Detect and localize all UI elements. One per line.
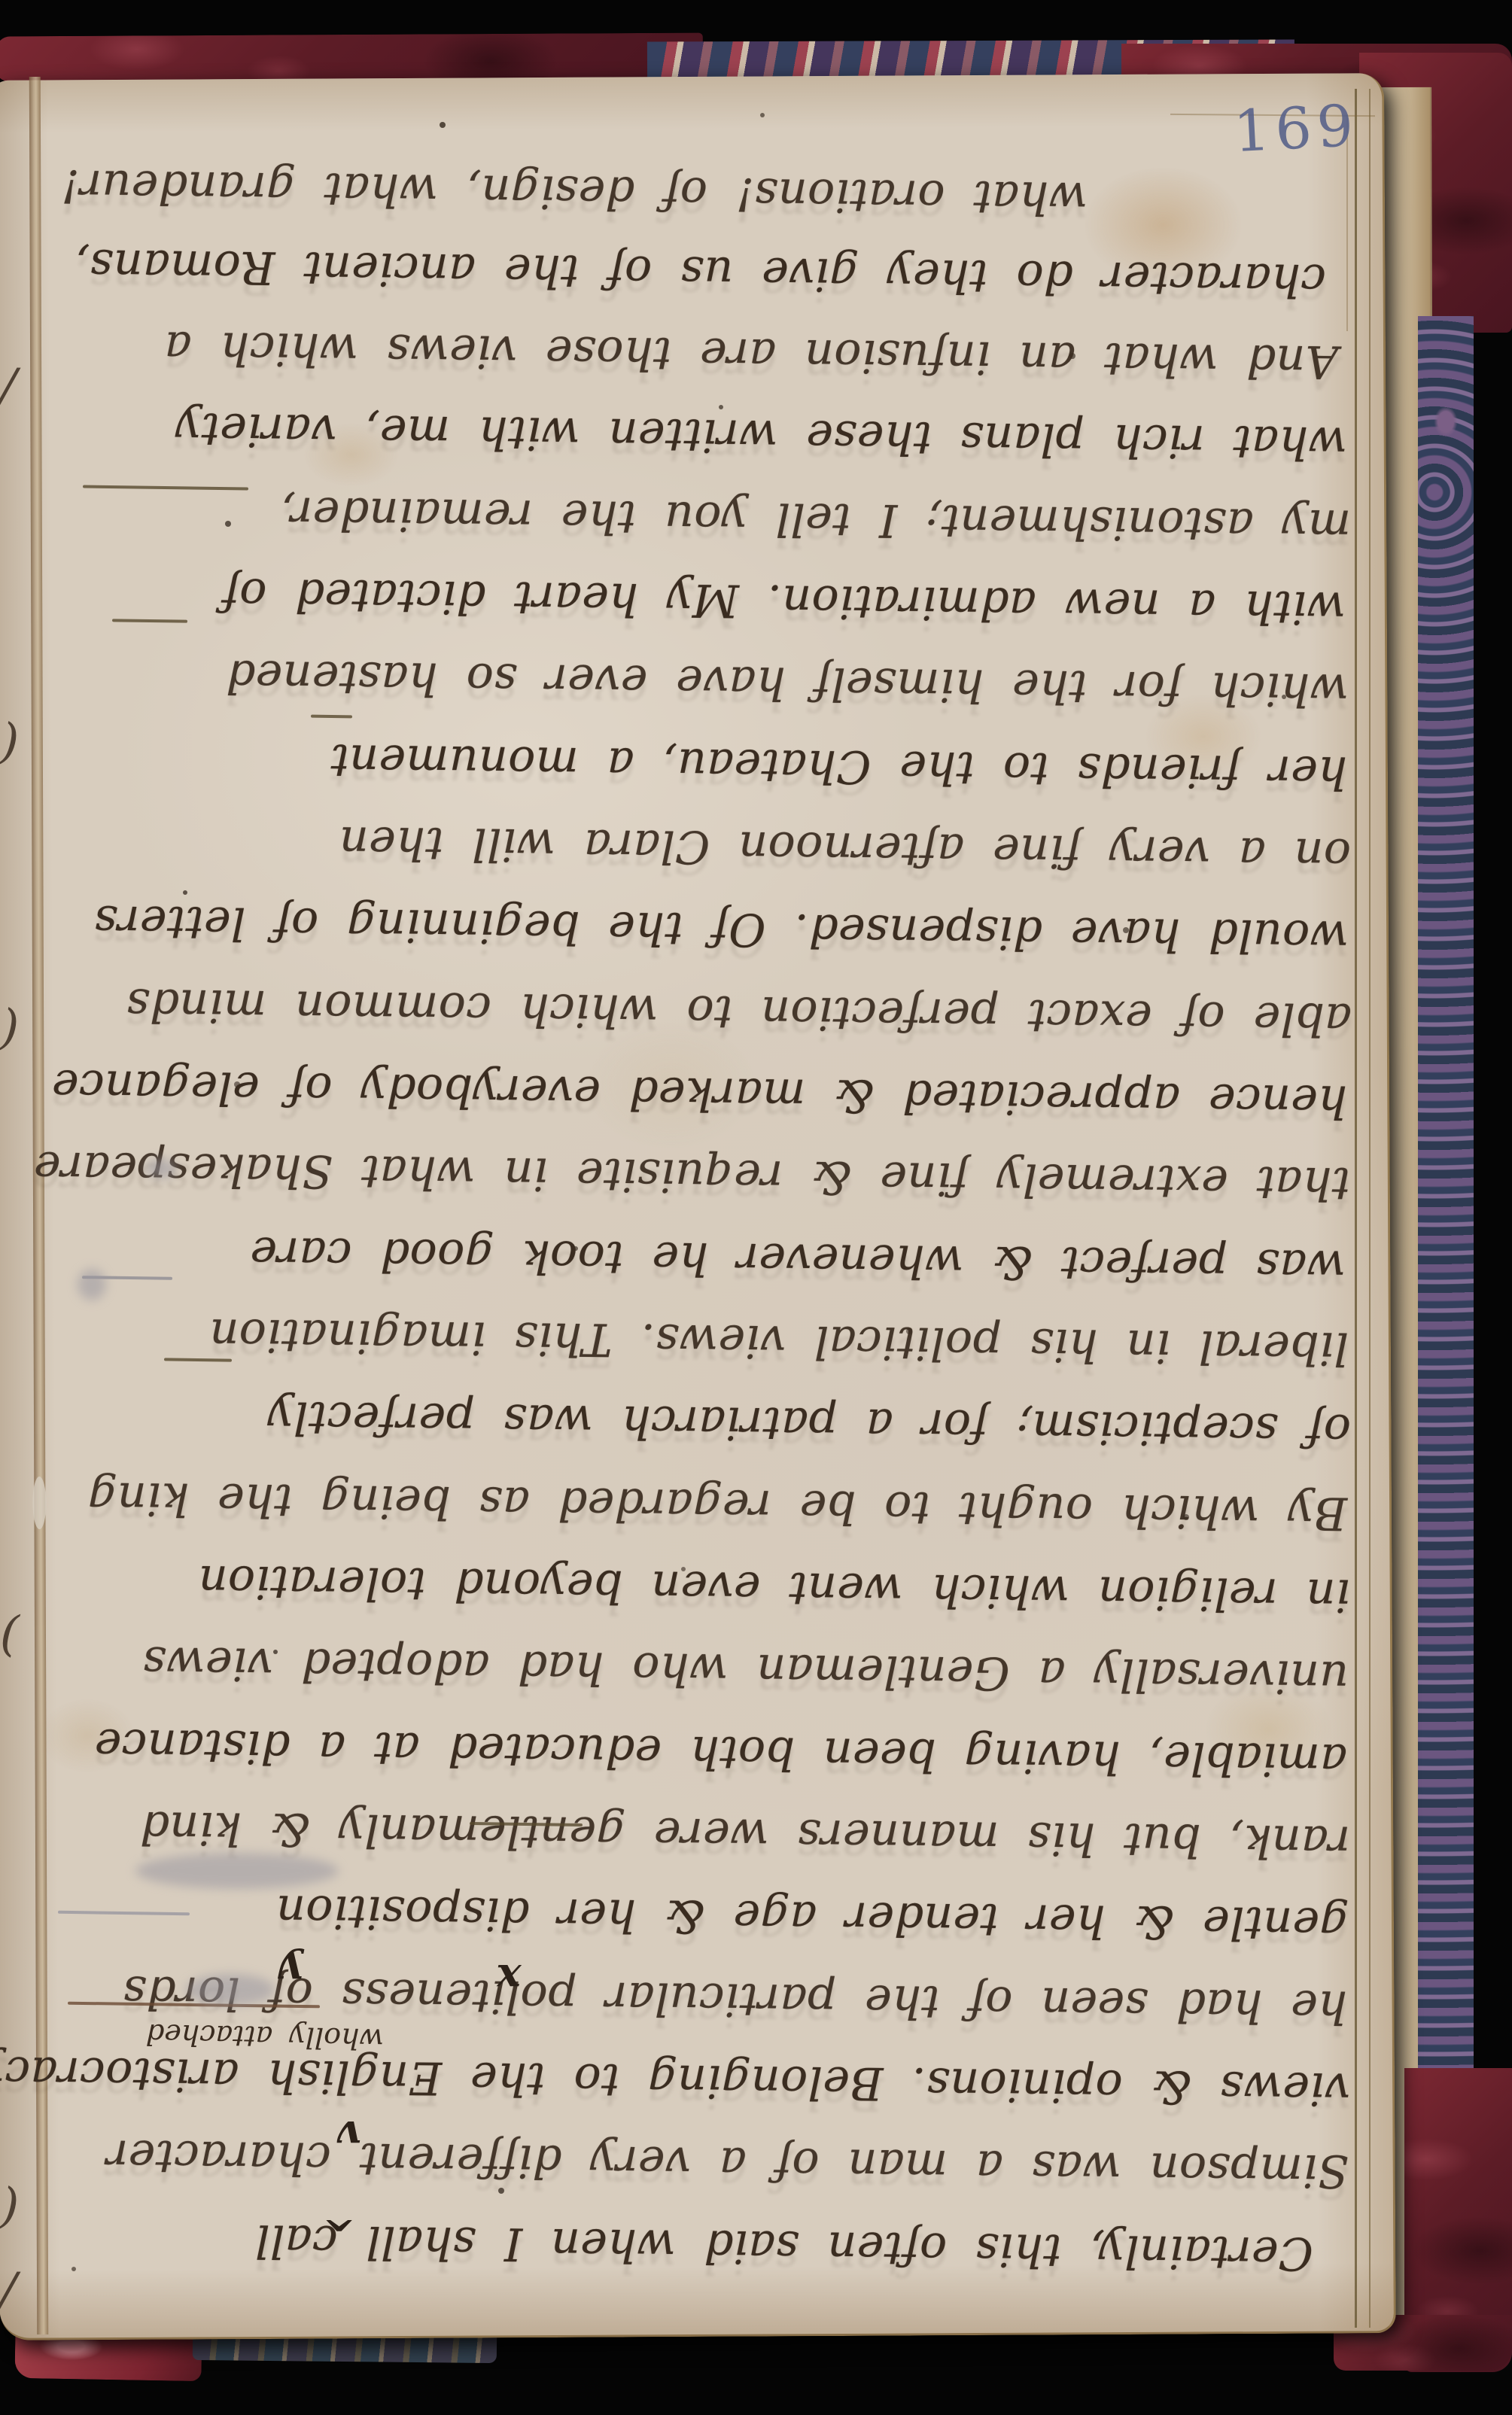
handwriting-line: amiable, having been both educated at a … xyxy=(41,1705,1347,1799)
pencil-smudge xyxy=(145,1159,177,1179)
manuscript-photo: what orations! of design, what grandeur!… xyxy=(0,0,1512,2415)
handwriting-line: By which ought to be regarded as being t… xyxy=(44,1458,1347,1552)
handwriting-line: what orations! of design, what grandeur! xyxy=(63,147,1088,238)
handwriting-line: my astonishment; I tell you the remainde… xyxy=(43,470,1351,564)
caret-mark: v xyxy=(337,2112,361,2160)
handwriting-line: And what an infusion are those views whi… xyxy=(41,306,1338,400)
handwriting-line: that extremely fine & requisite in what … xyxy=(44,1128,1350,1222)
gutter-stroke-fragment: ( xyxy=(0,1002,20,1059)
handwriting-line: in religion which went even beyond toler… xyxy=(41,1540,1350,1634)
gutter-stroke-fragment: / xyxy=(0,2264,17,2320)
interline-insertion-text: wholly attached xyxy=(127,2012,384,2060)
pencil-smudge xyxy=(78,1269,106,1300)
handwriting-line: on a very fine afternoon Clara will then xyxy=(46,799,1351,893)
gutter-stroke-fragment: ) xyxy=(0,1609,20,1665)
margin-rule-line xyxy=(1369,89,1371,2328)
handwriting-line: was perfect & whenever he took good care xyxy=(41,1211,1346,1305)
handwriting-line: Simpson was a man of a very different ch… xyxy=(44,2115,1349,2210)
pencil-smudge xyxy=(186,1974,275,2006)
handwriting-line: able of exact perfection to which common… xyxy=(43,964,1352,1058)
ink-specks xyxy=(0,0,5,5)
handwriting-line: of scepticism; for a patriarch was perfe… xyxy=(41,1375,1351,1469)
handwriting-line: what rich plans these written with me, v… xyxy=(41,388,1347,482)
underline-stroke xyxy=(311,715,352,719)
gutter-stroke-fragment: ( xyxy=(0,2181,20,2237)
handwriting-line: hence appreciated & marked everybody of … xyxy=(41,1046,1347,1140)
handwriting-line: with a new admiration. My heart dictated… xyxy=(41,552,1346,646)
handwriting-line: which for the himself have ever so haste… xyxy=(44,634,1349,728)
handwriting-line: character do they give us of the ancient… xyxy=(44,226,1326,320)
handwriting-line: liberal in his political views. This ima… xyxy=(43,1293,1349,1387)
pencil-smudge xyxy=(135,1853,339,1889)
caret-mark: ^ xyxy=(322,2191,356,2240)
caret-mark: x xyxy=(497,1955,521,2003)
handwriting-line: her friends to the Chateau, a monument xyxy=(52,717,1347,811)
caret-mark: y xyxy=(280,1948,303,1996)
margin-rule-line xyxy=(1355,89,1357,2328)
page-number: 169 xyxy=(1218,84,1373,174)
gutter-stroke-fragment: / xyxy=(0,360,17,416)
gutter-stroke-fragment: ( xyxy=(0,716,20,773)
handwriting-line: would have dispensed. Of the beginning o… xyxy=(41,881,1349,975)
leather-binding-top-left xyxy=(0,33,703,82)
handwriting-line: Certainly, this often said when I shall … xyxy=(46,2199,1313,2293)
marbled-edge-right xyxy=(1418,316,1474,2077)
handwriting-line: universally a Gentleman who had adopted … xyxy=(43,1622,1349,1716)
